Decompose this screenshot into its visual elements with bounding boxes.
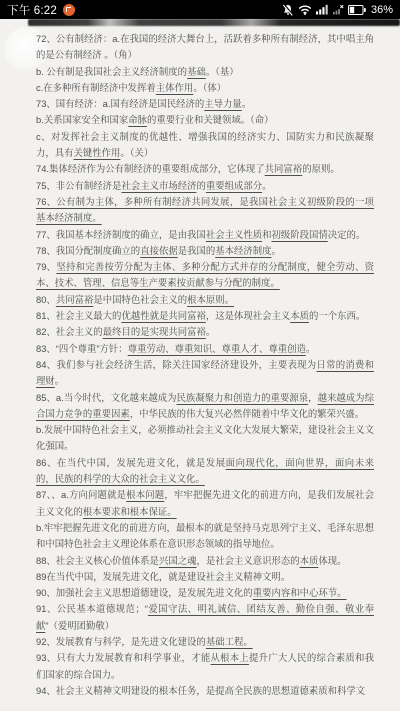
note-text: ，是社会主义意识形态的 xyxy=(196,555,299,566)
note-text: 。 xyxy=(271,245,280,256)
note-text: 89在当代中国，发展先进文化，就是建设社会主义精神文明。 xyxy=(36,571,290,582)
note-text: 的重要行业和关键领域。（命） xyxy=(147,114,274,125)
note-paragraph: 94、社会主义精神文明建设的根本任务，是提高全民族的思想道德素质和科学文 xyxy=(36,683,374,699)
underlined-term: 初级阶段国情 xyxy=(271,229,327,240)
underlined-term: 共同富裕 xyxy=(56,294,94,305)
underlined-term: 基本经济制度 xyxy=(215,245,271,256)
underlined-term: 关键性作用 xyxy=(74,147,121,158)
note-text: 93、只有大力发展教育和科学事业，才能 xyxy=(36,652,210,663)
note-text: 85、a.当今时代，文化越来越成为 xyxy=(36,392,177,403)
note-text: 。 xyxy=(206,326,215,337)
notification-app-icon xyxy=(63,4,75,16)
underlined-term: 本质 xyxy=(300,555,319,566)
underlined-term: 直接依据 xyxy=(140,245,178,256)
note-text: b.牢牢把握先进文化的前进方向，最根本的就是坚持马克思列宁主义、毛泽东思想和中国… xyxy=(36,522,374,549)
notification-glyph-icon xyxy=(66,7,71,12)
underlined-term: 从根本上 xyxy=(210,652,249,663)
note-text: ， xyxy=(308,392,317,403)
note-text: 78、我国分配制度确立的 xyxy=(36,245,140,256)
note-text: 是我国的 xyxy=(178,245,216,256)
note-paragraph: 85、a.当今时代，文化越来越成为民族凝聚力和创造力的重要源泉，越来越成为综合国… xyxy=(36,390,374,423)
note-text: 。 xyxy=(55,375,64,386)
underlined-term: 共同富裕 xyxy=(265,163,303,174)
note-text: 90、加强社会主义思想道德建设，是发展先进文化的 xyxy=(36,587,253,598)
note-paragraph: 77、我国基本经济制度的确立，是由我国社会主义性质和初级阶段国情决定的。 xyxy=(36,227,374,243)
note-text: 91、公民基本道德规范；“ xyxy=(36,603,148,614)
note-text: 。 xyxy=(242,98,251,109)
note-paragraph: 78、我国分配制度确立的直接依据是我国的基本经济制度。 xyxy=(36,243,374,259)
note-text: 88、社会主义核心价值体系是 xyxy=(36,555,159,566)
note-text: 92、发展教育与科学，是先进文化建设的 xyxy=(36,636,206,647)
battery-icon xyxy=(348,5,366,15)
note-paragraph: c.在多种所有制经济中发挥着主体作用。（体） xyxy=(36,80,374,96)
underlined-term: 主导力量 xyxy=(204,98,242,109)
note-paragraph: 74.集体经济作为公有制经济的重要组成部分，它体现了共同富裕的原则。 xyxy=(36,161,374,177)
note-text: 的一个东西。 xyxy=(309,310,365,321)
toolbar-remnant-strip xyxy=(28,19,400,26)
note-text: 87、、a.方向问题就是 xyxy=(36,489,126,500)
note-text: 84、我们参与社会经济生活，除关注国家经济建设外，主要表现为 xyxy=(36,359,316,370)
underlined-term: 本质 xyxy=(290,310,309,321)
note-paragraph: 86、在当代中国，发展先进文化，就是发展面向现代化，面向世界，面向未来的，民族的… xyxy=(36,455,374,488)
note-text: b.关系国家安全和国家 xyxy=(36,114,128,125)
note-text: 79、 xyxy=(36,261,56,272)
note-paragraph: b.关系国家安全和国家命脉的重要行业和关键领域。（命） xyxy=(36,112,374,128)
underlined-term: 重要内容和中心环节。 xyxy=(253,587,347,598)
wifi-icon xyxy=(298,4,312,15)
note-text: b.发展中国特色社会主义，必须推动社会主义文化大发展大繁荣，建设社会主义文化强国… xyxy=(36,424,374,451)
clock-text: 下午 6:22 xyxy=(7,2,57,18)
note-text: 。 xyxy=(306,343,315,354)
underlined-term: 最终目的是实现共同富裕 xyxy=(103,326,206,337)
note-text: 。 xyxy=(262,180,271,191)
note-text: 。（基） xyxy=(206,66,239,77)
note-text: 94、社会主义精神文明建设的根本任务，是提高全民族的思想道德素质和科学文 xyxy=(36,685,365,696)
note-paragraph: 82、社会主义的最终目的是实现共同富裕。 xyxy=(36,324,374,340)
underlined-term: 命脉 xyxy=(128,114,147,125)
underlined-term: 重要组成部分 xyxy=(206,180,262,191)
note-paragraph: b. 公有制是我国社会主义经济制度的基础。（基） xyxy=(36,64,374,80)
note-paragraph: 91、公民基本道德规范；“爱国守法、明礼诚信、团结友善、勤俭自强、敬业奉献”（爱… xyxy=(36,601,374,634)
note-text: 74.集体经济作为公有制经济的重要组成部分，它体现了 xyxy=(36,163,265,174)
document-scroll-area[interactable]: 72、公有制经济：a.在我国的经济大舞台上，活跃着多种所有制经济，其中唱主角的是… xyxy=(0,26,400,711)
note-paragraph: 92、发展教育与科学，是先进文化建设的基础工程。 xyxy=(36,634,374,650)
underlined-term: 尊重劳动、尊重知识、尊重人才、尊重创造 xyxy=(128,343,306,354)
note-text: 72、公有制经济：a.在我国的经济大舞台上，活跃着多种所有制经济，其中唱主角的是… xyxy=(36,33,374,60)
note-text: 77、我国基本经济制度的确立，是由我国 xyxy=(36,229,206,240)
note-text: ”（爱明团勤敬） xyxy=(45,620,114,631)
note-text: 81、社会主义最大的 xyxy=(36,310,121,321)
note-text: b. 公有制是我国社会主义经济制度的 xyxy=(36,66,187,77)
note-paragraph: 84、我们参与社会经济生活，除关注国家经济建设外，主要表现为日常的消费和理财。 xyxy=(36,357,374,390)
underlined-term: 基础 xyxy=(187,66,206,77)
underlined-term: 坚持和完善按劳分配为主体、多种分配方式并存的分配制度，健全劳动、资本、技术、管理… xyxy=(36,261,374,288)
phone-screen: 下午 6:22 xyxy=(0,0,400,711)
note-paragraph: 76、公有制为主体，多种所有制经济共同发展，是我国社会主义初级阶段的一项基本经济… xyxy=(36,194,374,227)
note-paragraph: b.发展中国特色社会主义，必须推动社会主义文化大发展大繁荣，建设社会主义文化强国… xyxy=(36,422,374,455)
note-text: 75、非公有制经济是 xyxy=(36,180,121,191)
note-text: 的原则。 xyxy=(302,163,340,174)
status-bar-left: 下午 6:22 xyxy=(7,2,75,18)
note-text: 决定的。 xyxy=(328,229,366,240)
status-bar: 下午 6:22 xyxy=(0,0,400,19)
note-paragraph: c、对发挥社会主义制度的优越性、增强我国的经济实力、国防实力和民族凝聚力，具有关… xyxy=(36,129,374,162)
underlined-term: 社会主义性质 xyxy=(206,229,262,240)
note-text: 的 xyxy=(196,180,205,191)
underlined-term: 主体作用 xyxy=(156,82,194,93)
note-text: 80、 xyxy=(36,294,56,305)
note-paragraph: 79、坚持和完善按劳分配为主体、多种分配方式并存的分配制度，健全劳动、资本、技术… xyxy=(36,259,374,292)
cell-signal-icon xyxy=(316,4,329,15)
underlined-term: 根本问题 xyxy=(126,489,164,500)
underlined-term: 76、公有制为主体，多种所有制经济共同发展，是我国社会主义初级阶段的一项基本经济… xyxy=(36,196,374,223)
note-paragraph: 80、共同富裕是中国特色社会主义的根本原则。 xyxy=(36,292,374,308)
note-paragraph: 75、非公有制经济是社会主义市场经济的重要组成部分。 xyxy=(36,178,374,194)
note-text: 体现。 xyxy=(318,555,346,566)
underlined-term: 优越性就是共同富裕 xyxy=(121,310,205,321)
note-text: c.在多种所有制经济中发挥着 xyxy=(36,82,156,93)
note-text: 73、国有经济：a.国有经济是国民经济的 xyxy=(36,98,204,109)
underlined-term: 根本要求和根本保证。 xyxy=(83,506,177,517)
note-paragraph: 93、只有大力发展教育和科学事业，才能从根本上提升广大人民的综合素质和我们国家的… xyxy=(36,650,374,683)
note-text: 。（体） xyxy=(193,82,226,93)
note-paragraph: 83、“四个尊重”方针：尊重劳动、尊重知识、尊重人才、尊重创造。 xyxy=(36,341,374,357)
note-text: 82、社会主义的 xyxy=(36,326,103,337)
note-paragraph: 72、公有制经济：a.在我国的经济大舞台上，活跃着多种所有制经济，其中唱主角的是… xyxy=(36,31,374,64)
underlined-term: 根本原则。 xyxy=(187,294,234,305)
battery-percent-text: 36% xyxy=(371,4,393,16)
note-paragraph: 81、社会主义最大的优越性就是共同富裕，这是体现社会主义本质的一个东西。 xyxy=(36,308,374,324)
status-bar-right: 36% xyxy=(282,4,393,16)
underlined-term: 兴国之魂 xyxy=(159,555,197,566)
note-paragraph: 90、加强社会主义思想道德建设，是发展先进文化的重要内容和中心环节。 xyxy=(36,585,374,601)
note-text: 86、在当代中国，发展先进文化，就是发展 xyxy=(36,457,226,468)
note-paragraph: 88、社会主义核心价值体系是兴国之魂，是社会主义意识形态的本质体现。 xyxy=(36,553,374,569)
note-text: ，这是体现社会主义 xyxy=(206,310,290,321)
note-paragraph: 87、、a.方向问题就是根本问题，牢牢把握先进文化的前进方向，是我们发展社会主义… xyxy=(36,487,374,520)
note-paragraph: b.牢牢把握先进文化的前进方向，最根本的就是坚持马克思列宁主义、毛泽东思想和中国… xyxy=(36,520,374,553)
underlined-term: 基础工程。 xyxy=(206,636,253,647)
note-text: 是中国特色社会主义的 xyxy=(93,294,187,305)
note-text: 。（关） xyxy=(120,147,153,158)
underlined-term: 社会主义市场经济 xyxy=(121,180,196,191)
note-paragraph: 73、国有经济：a.国有经济是国民经济的主导力量。 xyxy=(36,96,374,112)
note-paragraph: 89在当代中国，发展先进文化，就是建设社会主义精神文明。 xyxy=(36,569,374,585)
bell-muted-icon xyxy=(282,4,294,16)
cell-signal-2-off-icon xyxy=(333,4,344,15)
note-text: 83、“四个尊重”方针： xyxy=(36,343,128,354)
note-text: ，中华民族的伟大复兴必然伴随着中华文化的繁荣兴盛。 xyxy=(130,408,364,419)
underlined-term: 民族凝聚力和创造力的重要源泉 xyxy=(177,392,309,403)
